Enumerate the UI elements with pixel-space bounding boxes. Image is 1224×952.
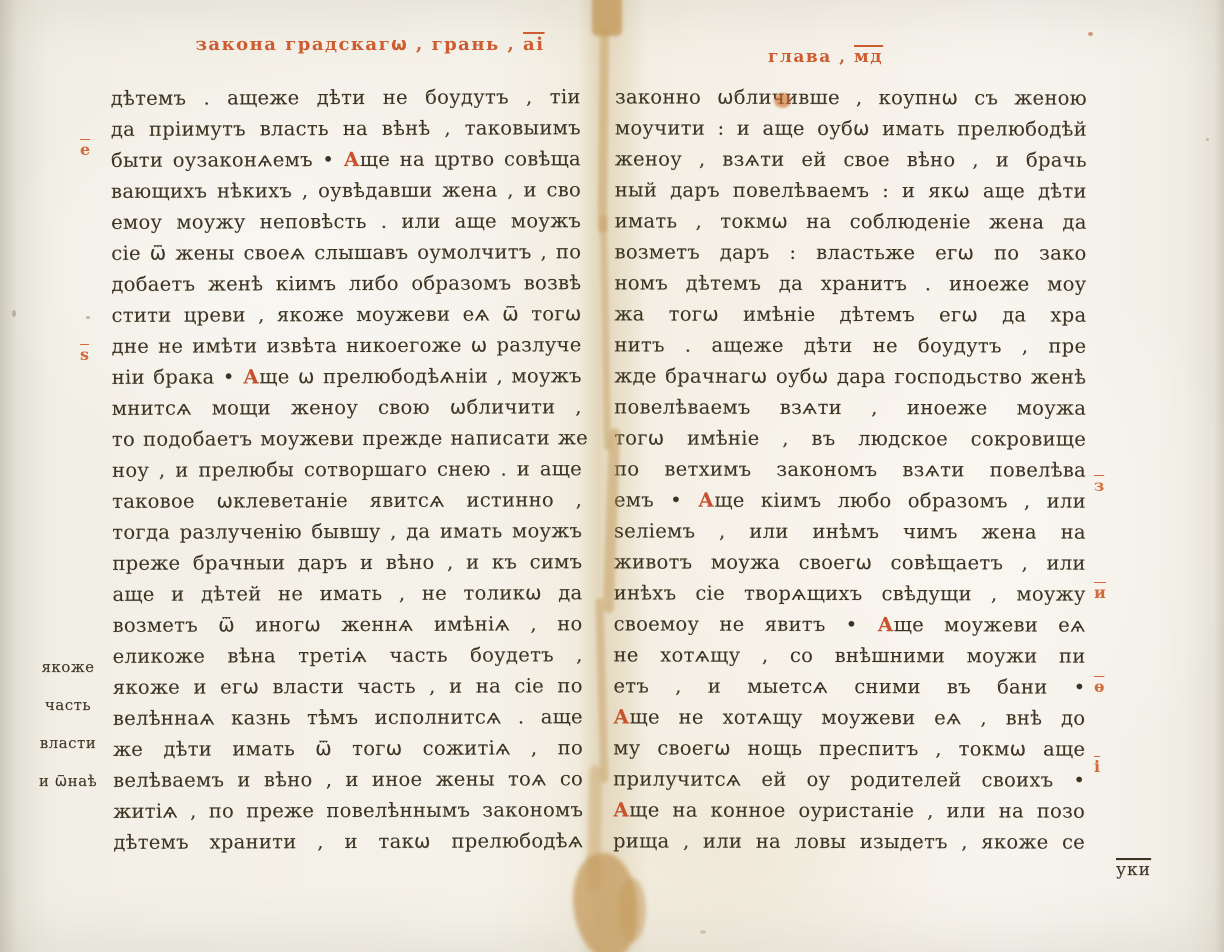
right-header-numeral: мд [854,47,883,67]
text-line: му своегѡ нощь преспитъ , токмѡ аще [613,732,1085,764]
red-initial-letter: А [613,705,629,728]
text-line: Аще не хотѧщу моужеви еѧ , внѣ до [613,701,1085,733]
text-line: животъ моужа своегѡ совѣщаетъ , или [614,546,1086,578]
right-page-text-block: законно ѡбличивше , коупнѡ съ женоюмоучи… [613,81,1087,857]
text-line: ніи брака • Аще ѡ прелюбодѣѧніи , моужъ [112,360,582,393]
text-line: якоже и егѡ власти часть , и на сіе по [113,670,583,703]
margin-section-number: з [1094,476,1104,495]
text-line: повелѣваемъ взѧти , иноеже моужа [614,391,1086,423]
text-line: добаетъ женѣ кіимъ либо образомъ возвѣ [111,267,581,300]
text-line: велѣваемъ и вѣно , и иное жены тоѧ со [113,763,583,796]
binding-stain-bottom [618,878,646,942]
red-initial-letter: А [613,798,629,821]
left-header-text: закона градскагѡ , грань , [195,34,523,55]
text-line: велѣннаѧ казнь тѣмъ исполнитсѧ . аще [113,701,583,734]
margin-section-number: ѳ [1094,677,1104,696]
text-line: стити цреви , якоже моужеви еѧ ѿ тогѡ [111,298,581,331]
red-initial-letter: А [698,489,714,512]
text-line: ноу , и прелюбы сотворшаго снею . и аще [112,453,582,486]
text-line: жде брачнагѡ оубѡ дара господьство женѣ [614,360,1086,392]
text-line: не хотѧщу , со внѣшними моужи пи [613,639,1085,671]
right-header-text: глава , [768,47,854,67]
binding-crease-stain [595,598,608,783]
text-line: тогда разлученію бывшу , да имать моужъ [112,515,582,548]
binding-crease-stain [598,28,609,233]
text-line: еликоже вѣна третіѧ часть боудетъ , [113,639,583,672]
left-header-numeral: аі [523,34,545,55]
text-line: законно ѡбличивше , коупнѡ съ женою [615,81,1087,113]
margin-section-number: и [1094,583,1106,602]
text-line: преже брачныи даръ и вѣно , и къ симъ [112,546,582,579]
folio-signature-mark: уки [1116,860,1151,880]
text-line: возметъ ѿ иногѡ женнѧ имѣніѧ , но [112,608,582,641]
text-line: дне не имѣти извѣта никоегоже ѡ разлуче [112,329,582,362]
red-initial-letter: А [344,148,360,171]
text-line: таковое ѡклеветаніе явитсѧ истинно , [112,484,582,517]
text-line: имать , токмѡ на соблюденіе жена да [615,205,1087,237]
text-line: аще и дѣтей не имать , не толикѡ да [112,577,582,610]
binding-crease-stain [600,215,611,450]
text-line: нитъ . ащеже дѣти не боудутъ , пре [614,329,1086,361]
margin-section-number: і [1094,757,1100,776]
left-margin-section-numbers: еѕ [80,0,110,952]
text-line: инѣхъ сіе творѧщихъ свѣдущи , моужу [614,577,1086,609]
paper-speck [12,310,16,317]
paper-speck [1088,32,1093,36]
binding-stain-bottom [573,853,637,952]
text-line: возметъ даръ : властьже егѡ по зако [615,236,1087,268]
text-line: своемоу не явитъ • Аще моужеви еѧ [614,608,1086,640]
text-line: дѣтемъ хранити , и такѡ прелюбодѣѧ [113,825,583,858]
text-line: житіѧ , по преже повелѣннымъ закономъ [113,794,583,827]
text-line: ный даръ повелѣваемъ : и якѡ аще дѣти [615,174,1087,206]
text-line: Аще на конное оуристаніе , или на позо [613,794,1085,826]
text-line: по ветхимъ закономъ взѧти повелѣва [614,453,1086,485]
left-running-header: закона градскагѡ , грань , аі [150,34,590,55]
red-initial-letter: А [878,613,894,636]
page-edge-shadow-left [0,0,18,952]
text-line: да пріимутъ власть на вѣнѣ , таковыимъ [111,112,581,145]
text-line: рища , или на ловы изыдетъ , якоже се [613,825,1085,857]
text-line: ѕеліемъ , или инѣмъ чимъ жена на [614,515,1086,547]
text-line: вающихъ нѣкихъ , оувѣдавши жена , и сво [111,174,581,207]
book-scan-spread: закона градскагѡ , грань , аі глава , мд… [0,0,1224,952]
text-line: етъ , и мыетсѧ сними въ бани • [613,670,1085,702]
text-line: дѣтемъ . ащеже дѣти не боудутъ , тіи [111,81,581,114]
text-line: тогѡ имѣніе , въ людское сокровище [614,422,1086,454]
right-margin-section-numbers: зиѳі [1094,0,1124,952]
binding-tape-stain-top [592,0,622,36]
text-line: прилучитсѧ ей оу родителей своихъ • [613,763,1085,795]
text-line: быти оузаконѧемъ • Аще на цртво совѣща [111,143,581,176]
paper-speck [1206,138,1209,141]
page-edge-shadow-right [1214,0,1224,952]
text-line: женоу , взѧти ей свое вѣно , и брачь [615,143,1087,175]
paper-speck [700,930,706,934]
text-line: емъ • Аще кіимъ любо образомъ , или [614,484,1086,516]
margin-section-number: е [80,140,90,159]
margin-section-number: ѕ [80,345,89,364]
red-initial-letter: А [243,365,259,388]
text-line: мнитсѧ мощи женоу свою ѡбличити , [112,391,582,424]
left-page-text-block: дѣтемъ . ащеже дѣти не боудутъ , тіида п… [111,81,584,858]
text-line: емоу моужу неповѣсть . или аще моужъ [111,205,581,238]
text-line: то подобаетъ моужеви прежде написати же [112,422,582,455]
binding-crease-stain [587,765,603,890]
text-line: моучити : и аще оубѡ имать прелюбодѣй [615,112,1087,144]
right-running-header: глава , мд [768,47,883,67]
text-line: жа тогѡ имѣніе дѣтемъ егѡ да хра [614,298,1086,330]
text-line: номъ дѣтемъ да хранитъ . иноеже моу [614,267,1086,299]
text-line: сіе ѿ жены своеѧ слышавъ оумолчитъ , по [111,236,581,269]
text-line: же дѣти имать ѿ тогѡ сожитіѧ , по [113,732,583,765]
